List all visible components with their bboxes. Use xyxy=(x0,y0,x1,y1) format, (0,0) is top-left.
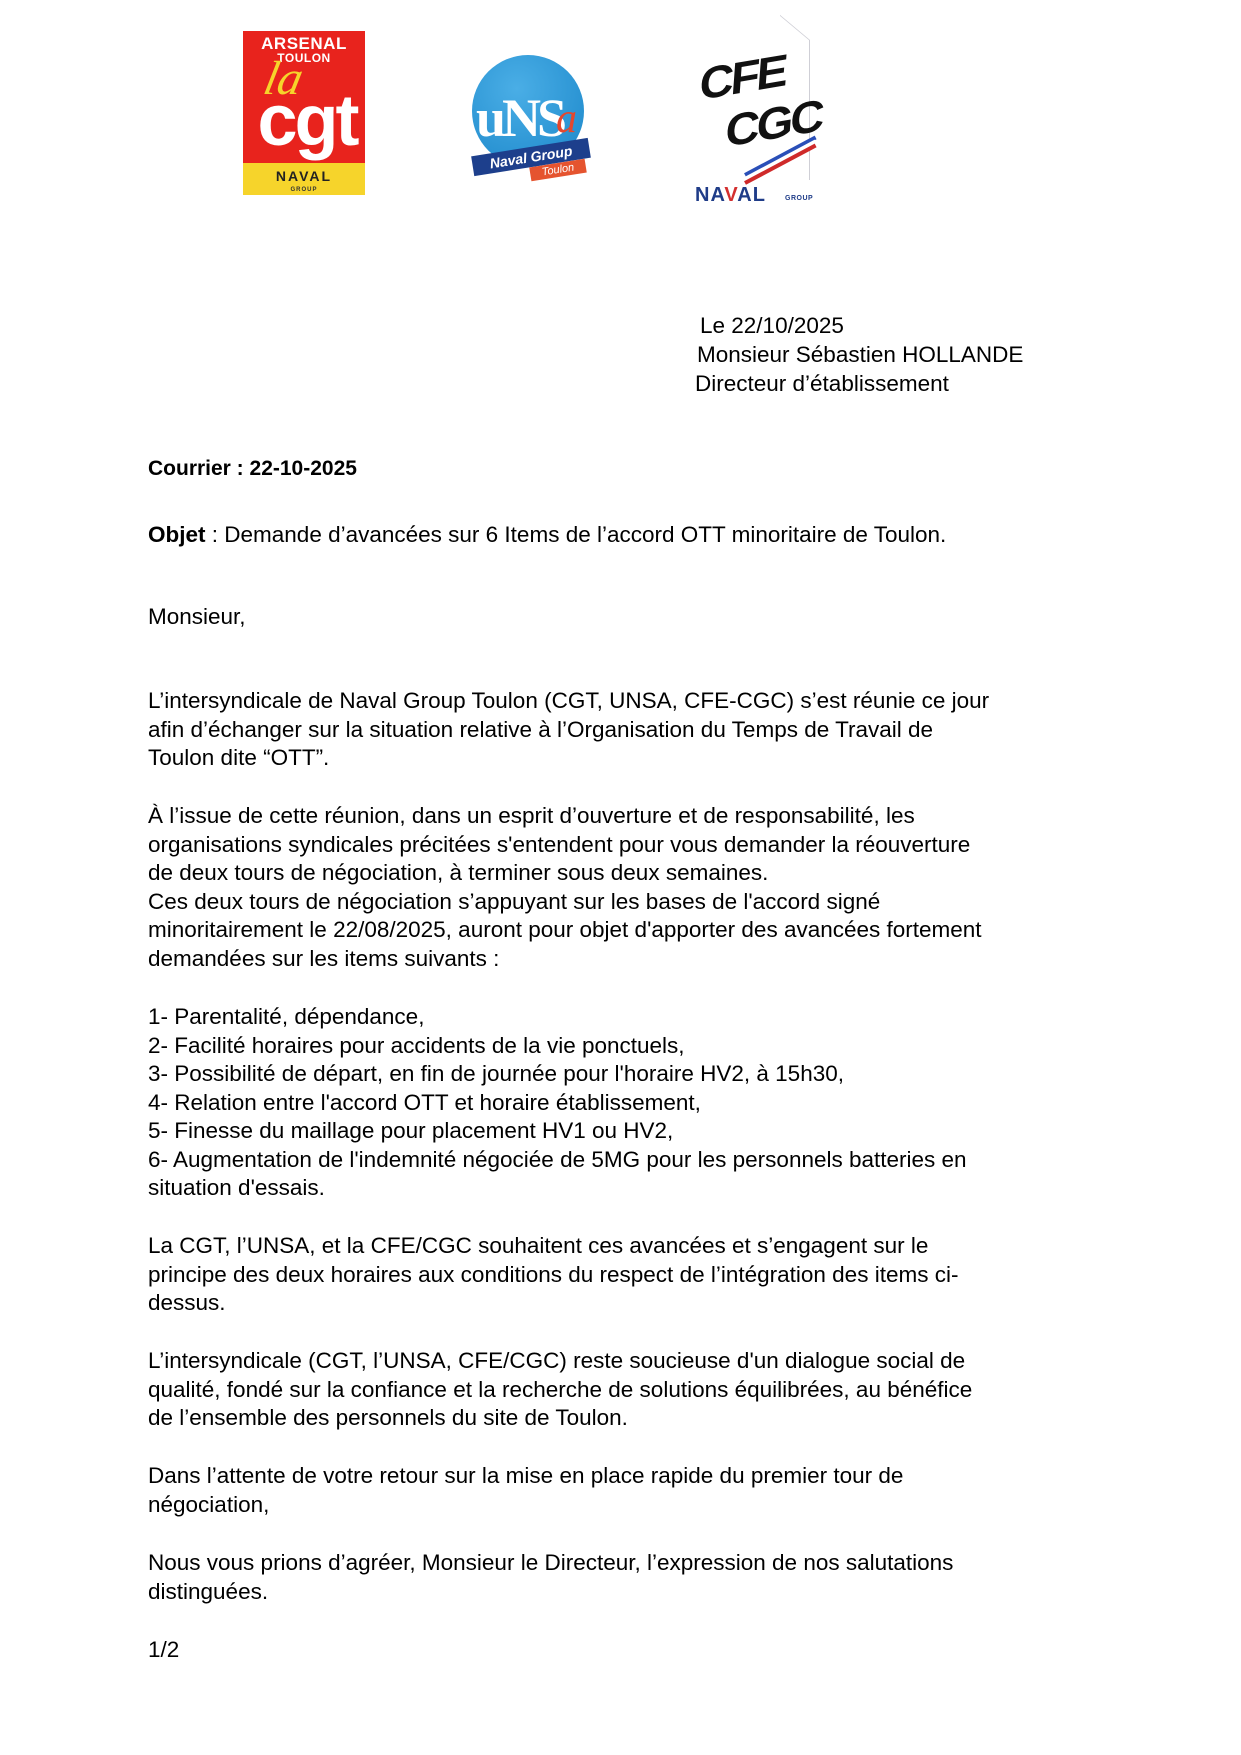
paragraph-line: principe des deux horaires aux condition… xyxy=(148,1261,958,1290)
paragraph-line: minoritairement le 22/08/2025, auront po… xyxy=(148,916,982,945)
paragraph-line: de l’ensemble des personnels du site de … xyxy=(148,1404,972,1433)
salutation: Monsieur, xyxy=(148,603,246,632)
subject-line: Objet : Demande d’avancées sur 6 Items d… xyxy=(148,521,946,550)
unsa-logo-accent: a xyxy=(556,95,577,143)
recipient-name: Monsieur Sébastien HOLLANDE xyxy=(697,341,1023,370)
unsa-logo-letters: uNS xyxy=(476,87,563,149)
list-item: 3- Possibilité de départ, en fin de jour… xyxy=(148,1060,967,1089)
paragraph-line: qualité, fondé sur la confiance et la re… xyxy=(148,1376,972,1405)
paragraph-intro: L’intersyndicale de Naval Group Toulon (… xyxy=(148,687,989,773)
reference-value: 22-10-2025 xyxy=(250,457,357,480)
cfe-cgc-logo-naval: NAVAL xyxy=(695,184,766,207)
recipient-title: Directeur d’établissement xyxy=(695,370,949,399)
paragraph-line: Ces deux tours de négociation s’appuyant… xyxy=(148,888,982,917)
paragraph-line: L’intersyndicale de Naval Group Toulon (… xyxy=(148,687,989,716)
subject-label: Objet xyxy=(148,522,206,547)
paragraph-line: Dans l’attente de votre retour sur la mi… xyxy=(148,1462,903,1491)
paragraph-awaiting: Dans l’attente de votre retour sur la mi… xyxy=(148,1462,903,1519)
reference-line: Courrier : 22-10-2025 xyxy=(148,455,357,484)
naval-prefix: NA xyxy=(695,184,724,206)
cgt-logo-group: GROUP xyxy=(243,187,365,193)
cgt-logo-wordmark: cgt xyxy=(243,89,365,154)
paragraph-line: distinguées. xyxy=(148,1578,953,1607)
paragraph-commitment: La CGT, l’UNSA, et la CFE/CGC souhaitent… xyxy=(148,1232,958,1318)
cgt-logo-naval: NAVAL xyxy=(243,168,365,184)
paragraph-line: négociation, xyxy=(148,1491,903,1520)
paragraph-request: À l’issue de cette réunion, dans un espr… xyxy=(148,802,982,973)
cgt-logo: ARSENAL TOULON la cgt NAVAL GROUP xyxy=(243,31,365,195)
naval-v: V xyxy=(724,184,737,206)
reference-label: Courrier : xyxy=(148,457,250,480)
list-item: 6- Augmentation de l'indemnité négociée … xyxy=(148,1146,967,1175)
paragraph-line: de deux tours de négociation, à terminer… xyxy=(148,859,982,888)
paragraph-line: demandées sur les items suivants : xyxy=(148,945,982,974)
paragraph-closing: Nous vous prions d’agréer, Monsieur le D… xyxy=(148,1549,953,1606)
list-item: 2- Facilité horaires pour accidents de l… xyxy=(148,1032,967,1061)
paragraph-line: L’intersyndicale (CGT, l’UNSA, CFE/CGC) … xyxy=(148,1347,972,1376)
paragraph-line: À l’issue de cette réunion, dans un espr… xyxy=(148,802,982,831)
list-item: 5- Finesse du maillage pour placement HV… xyxy=(148,1117,967,1146)
paragraph-line: Toulon dite “OTT”. xyxy=(148,744,989,773)
cfe-cgc-logo: CFE CGC NAVAL GROUP xyxy=(693,40,828,210)
paragraph-line: afin d’échanger sur la situation relativ… xyxy=(148,716,989,745)
paragraph-line: organisations syndicales précitées s'ent… xyxy=(148,831,982,860)
subject-text: : Demande d’avancées sur 6 Items de l’ac… xyxy=(206,522,947,547)
list-item: 1- Parentalité, dépendance, xyxy=(148,1003,967,1032)
page-number: 1/2 xyxy=(148,1636,179,1665)
items-list: 1- Parentalité, dépendance, 2- Facilité … xyxy=(148,1003,967,1203)
paragraph-line: La CGT, l’UNSA, et la CFE/CGC souhaitent… xyxy=(148,1232,958,1261)
unsa-logo: uNS a Naval Group Toulon xyxy=(468,55,603,185)
naval-suffix: AL xyxy=(737,184,766,206)
letter-date: Le 22/10/2025 xyxy=(700,312,844,341)
list-item: 4- Relation entre l'accord OTT et horair… xyxy=(148,1089,967,1118)
list-item: situation d'essais. xyxy=(148,1174,967,1203)
paragraph-dialogue: L’intersyndicale (CGT, l’UNSA, CFE/CGC) … xyxy=(148,1347,972,1433)
paragraph-line: Nous vous prions d’agréer, Monsieur le D… xyxy=(148,1549,953,1578)
paragraph-line: dessus. xyxy=(148,1289,958,1318)
cfe-cgc-logo-group: GROUP xyxy=(785,195,813,202)
